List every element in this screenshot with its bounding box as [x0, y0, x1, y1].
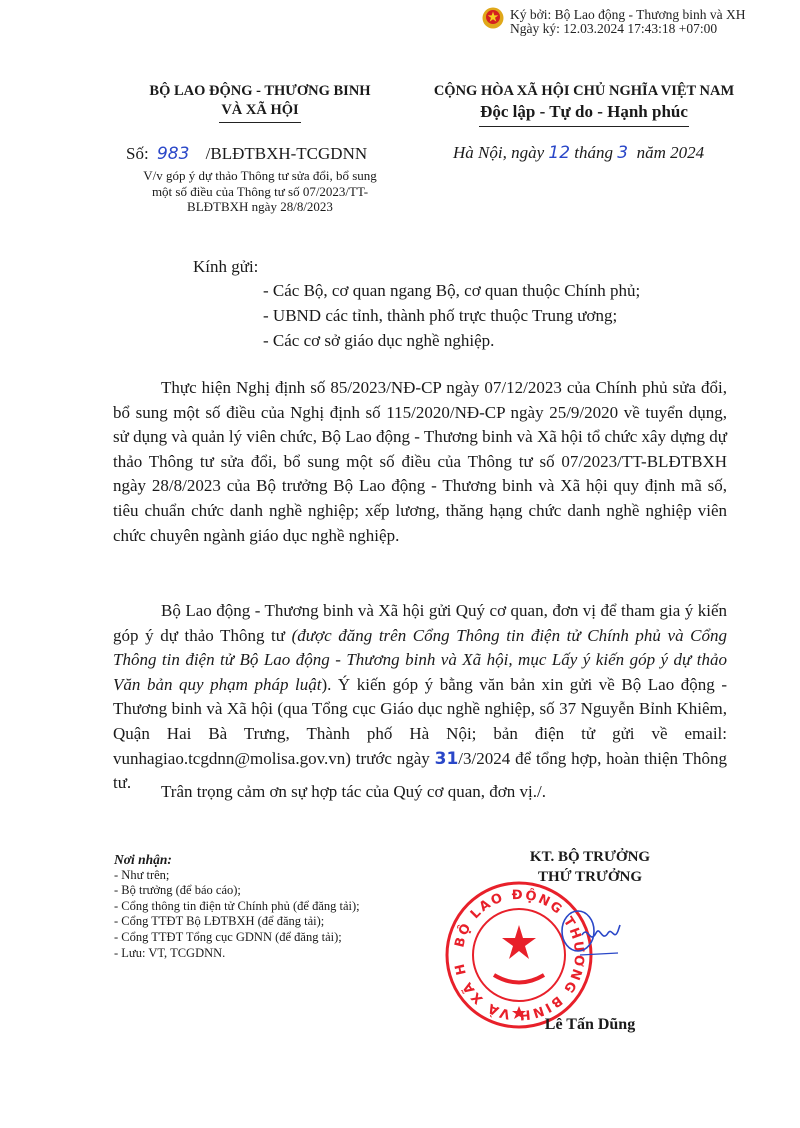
place-and-date: Hà Nội, ngày 12 tháng 3 năm 2024	[453, 143, 704, 163]
digital-signature-block: Ký bởi: Bộ Lao động - Thương binh và XH …	[482, 4, 800, 40]
org-name-line2: VÀ XÃ HỘI	[110, 101, 410, 120]
national-title: CỘNG HÒA XÃ HỘI CHỦ NGHĨA VIỆT NAM Độc l…	[414, 82, 754, 127]
org-name-line1: BỘ LAO ĐỘNG - THƯƠNG BINH	[110, 82, 410, 101]
body-paragraph-2: Bộ Lao động - Thương binh và Xã hội gửi …	[113, 599, 727, 796]
receiver-item: - Cổng thông tin điện tử Chính phủ (để đ…	[114, 899, 360, 915]
body-paragraph-1: Thực hiện Nghị định số 85/2023/NĐ-CP ngà…	[113, 376, 727, 548]
receivers-title: Nơi nhận:	[114, 852, 360, 868]
handwritten-day: 12	[548, 143, 570, 163]
receiver-item: - Cổng TTĐT Bộ LĐTBXH (để đăng tải);	[114, 914, 360, 930]
national-motto: Độc lập - Tự do - Hạnh phúc	[414, 101, 754, 123]
receiver-item: - Lưu: VT, TCGDNN.	[114, 946, 360, 962]
digital-signature-text: Ký bởi: Bộ Lao động - Thương binh và XH …	[510, 8, 745, 36]
motto-underline	[479, 126, 689, 127]
issuing-organization: BỘ LAO ĐỘNG - THƯƠNG BINH VÀ XÃ HỘI	[110, 82, 410, 123]
state-name: CỘNG HÒA XÃ HỘI CHỦ NGHĨA VIỆT NAM	[414, 82, 754, 101]
handwritten-deadline-day: 31	[435, 749, 459, 769]
recipients-label: Kính gửi:	[193, 257, 258, 277]
handwritten-signature-icon	[560, 905, 640, 965]
org-underline	[219, 122, 301, 123]
document-number: Số: 983 /BLĐTBXH-TCGDNN	[126, 144, 367, 164]
closing-paragraph: Trân trọng cảm ơn sự hợp tác của Quý cơ …	[113, 780, 727, 805]
handwritten-doc-number: 983	[157, 144, 189, 164]
handwritten-month: 3	[617, 143, 628, 163]
recipient-item: - Các cơ sở giáo dục nghề nghiệp.	[263, 331, 494, 351]
receiver-item: - Cổng TTĐT Tổng cục GDNN (để đăng tải);	[114, 930, 360, 946]
recipient-item: - Các Bộ, cơ quan ngang Bộ, cơ quan thuộ…	[263, 281, 640, 301]
receivers-list: Nơi nhận: - Như trên; - Bộ trưởng (để bá…	[114, 852, 360, 961]
signer-name: Lê Tấn Dũng	[470, 1016, 710, 1034]
receiver-item: - Bộ trưởng (để báo cáo);	[114, 883, 360, 899]
receiver-item: - Như trên;	[114, 868, 360, 884]
recipient-item: - UBND các tỉnh, thành phố trực thuộc Tr…	[263, 306, 617, 326]
document-subject: V/v góp ý dự thảo Thông tư sửa đổi, bổ s…	[110, 168, 410, 215]
national-emblem-icon	[482, 7, 504, 29]
